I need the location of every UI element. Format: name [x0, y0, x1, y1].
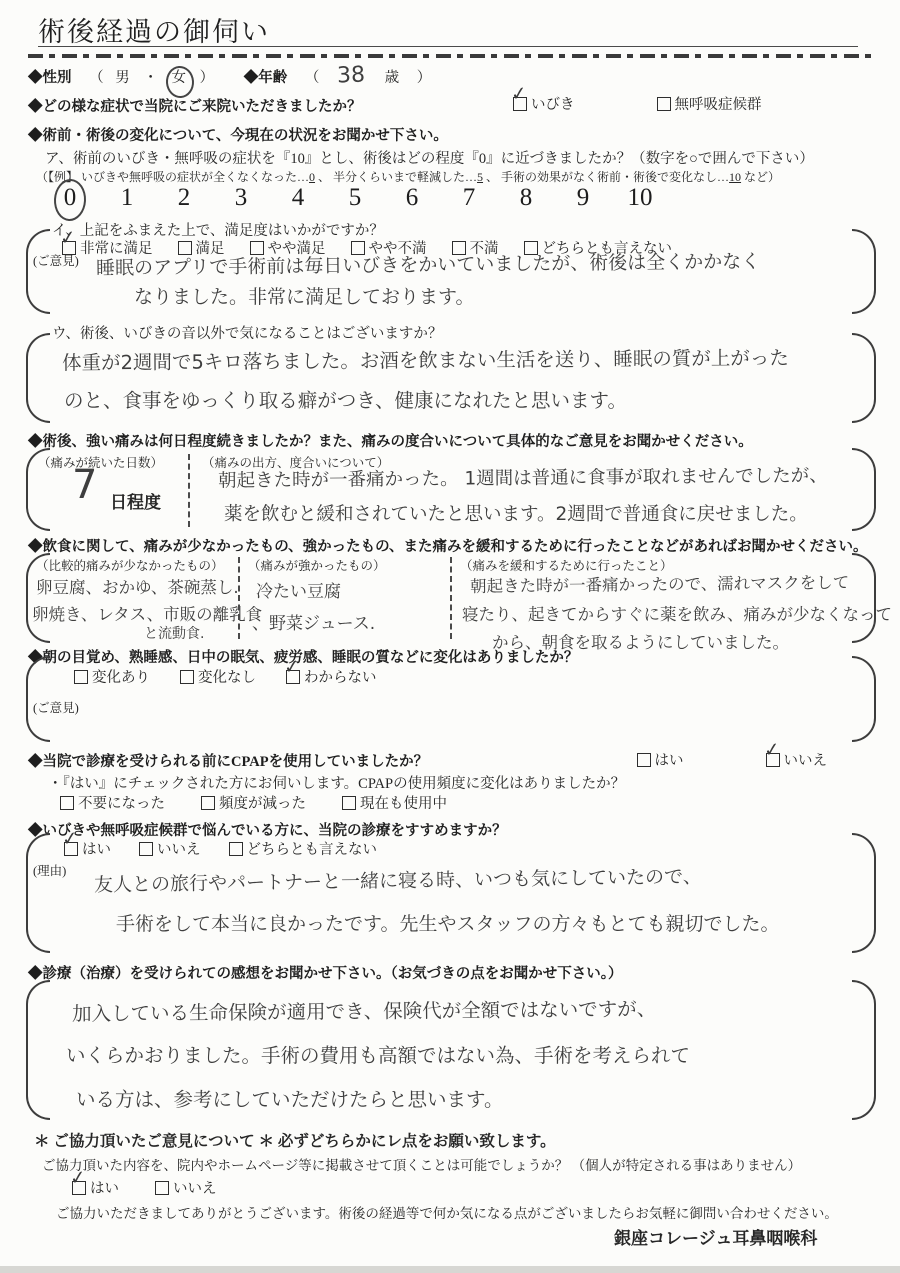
scan-edge-artifact — [0, 1266, 900, 1273]
scale-number-4[interactable]: 4 — [283, 184, 313, 212]
female-selection-circle — [164, 65, 194, 99]
handwritten-diet-line: 寝たり、起きてからすぐに薬を飲み、痛みが少なくなって — [462, 601, 892, 625]
handwritten-diet-line: 朝起きた時が一番痛かったので、濡れマスクをして — [470, 569, 849, 597]
footer-note-bold: 必ずどちらかにレ点をお願い致します。 — [278, 1133, 556, 1150]
scale-number-10[interactable]: 10 — [625, 184, 655, 212]
paren-right — [852, 229, 876, 314]
cpap-followup: ・『はい』にチェックされた方にお伺いします。CPAPの使用頻度に変化はありました… — [48, 772, 625, 793]
scale-number-8[interactable]: 8 — [511, 184, 541, 212]
checkbox-label: 不要になった — [78, 792, 165, 813]
cpap-question: ◆当院で診療を受けられる前にCPAPを使用していましたか？ — [28, 750, 428, 771]
checkbox-label: わからない — [304, 666, 377, 687]
reason-label: (理由) — [33, 861, 66, 879]
scale-number-1[interactable]: 1 — [112, 184, 142, 212]
selected-rating-circle — [53, 178, 87, 222]
checkbox-publish-hai[interactable]: ✓はい — [72, 1177, 119, 1198]
age-value[interactable]: 38 — [337, 63, 366, 89]
checkbox-icon — [64, 842, 78, 856]
scale-number-5[interactable]: 5 — [340, 184, 370, 212]
sleep-answer-box: ✓変化あり ✓変化なし ✓わからない (ご意見) — [26, 656, 876, 742]
handwritten-impression-line: いくらかおりました。手術の費用も高額ではない為、手術を考えられて — [66, 1040, 690, 1068]
symptom-question: ◆どの様な症状で当院にご来院いただきましたか？ — [28, 95, 362, 116]
scale-number-7[interactable]: 7 — [454, 184, 484, 212]
handwritten-diet-line: と流動食. — [144, 623, 204, 643]
checkbox-label: 頻度が減った — [219, 792, 306, 813]
diet-column-divider — [450, 557, 452, 639]
checkbox-genzai[interactable]: ✓現在も使用中 — [342, 792, 447, 813]
checkbox-recommend-hai[interactable]: ✓はい — [64, 838, 111, 859]
pain-days-label: （痛みが続いた日数） — [38, 453, 163, 471]
scale-number-6[interactable]: 6 — [397, 184, 427, 212]
checkbox-fuyo[interactable]: ✓不要になった — [60, 792, 165, 813]
handwritten-concern-line: のと、食事をゆっくり取る癖がつき、健康になれたと思います。 — [64, 385, 627, 413]
pain-column-divider — [188, 454, 190, 527]
concerns-answer-box: 体重が2週間で5キロ落ちました。お酒を飲まない生活を送り、睡眠の質が上がった の… — [26, 333, 876, 423]
paren-right — [852, 333, 876, 423]
checkbox-icon — [201, 796, 215, 810]
checkbox-cpap-iie[interactable]: ✓いいえ — [766, 749, 828, 770]
checkbox-publish-iie[interactable]: ✓いいえ — [155, 1177, 217, 1198]
paren-left — [26, 980, 50, 1120]
page-title: 術後経過の御伺い — [38, 10, 270, 49]
footer-note-prefix: ＊ ご協力頂いたご意見について ＊ — [34, 1133, 278, 1150]
satisfaction-answer-box: ✓非常に満足 ✓満足 ✓やや満足 ✓やや不満 ✓不満 ✓どちらとも言えない (ご… — [26, 229, 876, 314]
example-value-10: 10 — [729, 170, 741, 184]
checkbox-icon — [180, 670, 194, 684]
cpap-followup-options: ✓不要になった ✓頻度が減った ✓現在も使用中 — [60, 792, 447, 813]
scale-number-2[interactable]: 2 — [169, 184, 199, 212]
diet-answer-box: （比較的痛みが少なかったもの） 卵豆腐、おかゆ、茶碗蒸し. 卵焼き、レタス、市販… — [26, 553, 876, 643]
paren-right — [852, 833, 876, 953]
checkbox-henka-ari[interactable]: ✓変化あり — [74, 666, 150, 687]
impression-answer-box: 加入している生命保険が適用でき、保険代が全額ではないですが、 いくらかおりました… — [26, 980, 876, 1120]
checkbox-icon — [342, 796, 356, 810]
checkbox-label: 変化あり — [92, 666, 150, 687]
diet-col2-label: （痛みが強かったもの） — [248, 556, 386, 574]
checkbox-label: 変化なし — [198, 666, 256, 687]
handwritten-concern-line: 体重が2週間で5キロ落ちました。お酒を飲まない生活を送り、睡眠の質が上がった — [62, 342, 789, 375]
handwritten-impression-line: 加入している生命保険が適用でき、保険代が全額ではないですが、 — [72, 993, 656, 1026]
publish-options: ✓はい ✓いいえ — [72, 1177, 217, 1198]
handwritten-impression-line: いる方は、参考にしていただけたらと思います。 — [76, 1084, 503, 1112]
scale-number-3[interactable]: 3 — [226, 184, 256, 212]
handwritten-diet-line: 卵豆腐、おかゆ、茶碗蒸し. — [36, 574, 239, 598]
handwritten-reason-line: 手術をして本当に良かったです。先生やスタッフの方々もとても親切でした。 — [116, 909, 779, 936]
age-label: ◆年齢 — [244, 70, 288, 86]
dashed-divider — [28, 54, 873, 58]
example-text: 、 手術の効果がなく術前・術後で変化なし… — [483, 170, 729, 184]
checkbox-icon — [657, 97, 671, 111]
pain-days-unit: 日程度 — [110, 488, 161, 513]
diet-col1-label: （比較的痛みが少なかったもの） — [36, 556, 224, 574]
handwritten-pain-desc-line: 薬を飲むと緩和されていたと思います。2週間で普通食に戻せました。 — [224, 500, 808, 526]
checkbox-icon — [229, 842, 243, 856]
change-sub-a: ア、術前のいびき・無呼吸の症状を『10』とし、術後はどの程度『0』に近づきました… — [45, 147, 814, 168]
paren-left — [26, 833, 50, 953]
paren-right — [852, 980, 876, 1120]
checkbox-icon — [139, 842, 153, 856]
checkbox-recommend-dochira[interactable]: ✓どちらとも言えない — [229, 838, 378, 859]
handwritten-comment-line: 睡眠のアプリで手術前は毎日いびきをかいていましたが、術後は全くかかなく — [96, 247, 760, 281]
checkbox-mukokyu[interactable]: ✓ 無呼吸症候群 — [657, 93, 762, 114]
profile-row: ◆性別 （ 男 ・ 女 ） ◆年齢 （ 38 歳 ） — [28, 63, 431, 88]
checkbox-henka-nashi[interactable]: ✓変化なし — [180, 666, 256, 687]
example-text: 、 半分くらいまで軽減した… — [315, 170, 477, 184]
handwritten-pain-days[interactable]: 7 — [72, 462, 97, 508]
example-text: など） — [741, 170, 780, 184]
questionnaire-page: 術後経過の御伺い ◆性別 （ 男 ・ 女 ） ◆年齢 （ 38 歳 ） ◆どの様… — [0, 0, 900, 1273]
paren-left — [26, 333, 50, 423]
comment-label: (ご意見) — [33, 698, 79, 716]
paren-right — [852, 656, 876, 742]
paren-right — [852, 553, 876, 643]
checkbox-icon — [286, 670, 300, 684]
checkbox-label: いいえ — [173, 1177, 217, 1198]
recommend-options: ✓はい ✓いいえ ✓どちらとも言えない — [64, 838, 377, 859]
handwritten-pain-desc-line: 朝起きた時が一番痛かった。 1週間は普通に食事が取れませんでしたが、 — [218, 461, 828, 492]
recommend-answer-box: ✓はい ✓いいえ ✓どちらとも言えない (理由) 友人との旅行やパートナーと一緒… — [26, 833, 876, 953]
checkbox-icon — [60, 796, 74, 810]
checkbox-label: はい — [82, 838, 111, 859]
checkbox-icon — [74, 670, 88, 684]
handwritten-diet-line: 卵焼き、レタス、市販の離乳食 — [32, 601, 262, 625]
handwritten-reason-line: 友人との旅行やパートナーと一緒に寝る時、いつも気にしていたので、 — [94, 862, 702, 897]
diet-column-divider — [238, 557, 240, 639]
scale-number-0[interactable]: 0 — [55, 184, 85, 212]
checkbox-label: いいえ — [157, 838, 201, 859]
handwritten-diet-line: 、野菜ジュース. — [252, 609, 375, 634]
checkbox-label: 現在も使用中 — [360, 792, 447, 813]
age-paren-close: ） — [417, 70, 432, 86]
age-unit: 歳 — [385, 70, 400, 86]
paren-left — [26, 229, 50, 314]
age-paren-open: （ — [305, 70, 320, 86]
publish-question: ご協力頂いた内容を、院内やホームページ等に掲載させて頂くことは可能でしょうか？ … — [42, 1154, 801, 1174]
thanks-note: ご協力いただきましてありがとうございます。術後の経過等で何か気になる点がございま… — [56, 1202, 838, 1222]
checkbox-icon — [513, 97, 527, 111]
rating-scale: 0 1 2 3 4 5 6 7 8 9 10 — [55, 184, 655, 212]
paren-right — [852, 448, 876, 531]
checkbox-icon — [72, 1181, 86, 1195]
checkbox-recommend-iie[interactable]: ✓いいえ — [139, 838, 201, 859]
scale-number-9[interactable]: 9 — [568, 184, 598, 212]
comment-label: (ご意見) — [33, 251, 79, 269]
checkbox-hindo[interactable]: ✓頻度が減った — [201, 792, 306, 813]
handwritten-diet-line: 冷たい豆腐 — [256, 577, 341, 602]
gender-option-male[interactable]: 男 — [115, 70, 130, 86]
checkbox-icon — [637, 753, 651, 767]
checkbox-cpap-hai[interactable]: ✓はい — [637, 749, 684, 770]
gender-label: ◆性別 — [28, 70, 72, 86]
footer-note: ＊ ご協力頂いたご意見について ＊ 必ずどちらかにレ点をお願い致します。 — [34, 1129, 556, 1151]
checkbox-label: はい — [90, 1177, 119, 1198]
gender-separator: ・ — [143, 70, 158, 86]
checkbox-label: いいえ — [784, 749, 828, 770]
checkbox-icon — [766, 753, 780, 767]
gender-paren-close: ） — [200, 70, 215, 86]
pain-answer-box: （痛みが続いた日数） 7 日程度 （痛みの出方、度合いについて） 朝起きた時が一… — [26, 448, 876, 531]
checkbox-ibiki[interactable]: ✓ いびき — [513, 93, 575, 114]
checkbox-label: いびき — [531, 93, 575, 114]
checkbox-wakaranai[interactable]: ✓わからない — [286, 666, 377, 687]
checkbox-label: どちらとも言えない — [247, 838, 378, 859]
checkbox-icon — [155, 1181, 169, 1195]
checkbox-label: はい — [655, 749, 684, 770]
gender-paren-open: （ — [89, 70, 104, 86]
change-heading: ◆術前・術後の変化について、今現在の状況をお聞かせ下さい。 — [28, 124, 448, 145]
sleep-options: ✓変化あり ✓変化なし ✓わからない — [74, 666, 377, 687]
checkbox-label: 無呼吸症候群 — [675, 93, 762, 114]
gender-option-female[interactable]: 女 — [172, 70, 190, 86]
title-underline — [38, 46, 858, 47]
change-example: （【例】 いびきや無呼吸の症状が全くなくなった…0 、 半分くらいまで軽減した…… — [36, 168, 780, 185]
clinic-name: 銀座コレージュ耳鼻咽喉科 — [614, 1224, 817, 1249]
handwritten-comment-line: なりました。非常に満足しております。 — [134, 282, 474, 309]
